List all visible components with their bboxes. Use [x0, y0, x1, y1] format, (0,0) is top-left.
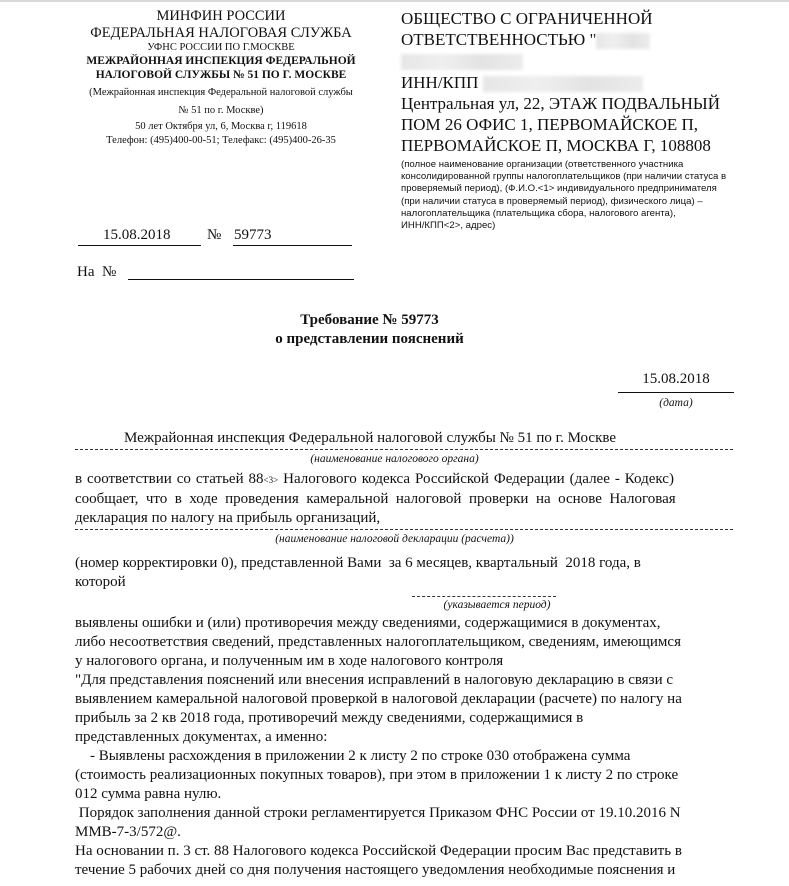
recipient-org-line2: ОТВЕТСТВЕННОСТЬЮ "	[401, 29, 731, 50]
redacted-org-name-cont	[401, 54, 523, 70]
paragraph-article-88: в соответствии со статьей 88<3> Налогово…	[75, 470, 733, 528]
recipient-note-line: (при наличии статуса в проверяемый перио…	[401, 196, 731, 208]
findings-line: либо несоответствия сведений, представле…	[75, 633, 733, 652]
document-date-caption: (дата)	[618, 397, 734, 409]
reply-to-label: На №	[77, 264, 116, 281]
declaration-dashed-line	[75, 529, 733, 530]
sender-inspection-line2: НАЛОГОВОЙ СЛУЖБЫ № 51 ПО Г. МОСКВЕ	[62, 68, 380, 83]
findings-line: выявлением камеральной налоговой проверк…	[75, 690, 733, 709]
sender-address: 50 лет Октября ул, 6, Москва г, 119618	[62, 120, 380, 134]
recipient-inn-line: ИНН/КПП	[401, 72, 731, 93]
declaration-caption: (наименование налоговой декларации (расч…	[0, 533, 789, 545]
document-date: 15.08.2018	[618, 371, 734, 388]
sender-header: МИНФИН РОССИИ ФЕДЕРАЛЬНАЯ НАЛОГОВАЯ СЛУЖ…	[62, 8, 380, 148]
authority-name: Межрайонная инспекция Федеральной налого…	[124, 430, 616, 447]
recipient-org-line3	[401, 50, 731, 72]
findings-line: (стоимость реализационных покупных товар…	[75, 766, 733, 785]
sender-inspection-line1: МЕЖРАЙОННАЯ ИНСПЕКЦИЯ ФЕДЕРАЛЬНОЙ	[62, 54, 380, 68]
findings-line: течение 5 рабочих дней со дня получения …	[75, 861, 733, 880]
findings-line: На основании п. 3 ст. 88 Налогового коде…	[75, 842, 733, 861]
outgoing-date-underline	[78, 245, 201, 246]
paragraph-correction: (номер корректировки 0), представленной …	[75, 554, 733, 592]
outgoing-number-sign: №	[207, 227, 221, 244]
findings-line: представленных документах, а именно:	[75, 728, 733, 747]
recipient-note: (полное наименование организации (ответс…	[401, 159, 731, 232]
recipient-header: ОБЩЕСТВО С ОГРАНИЧЕННОЙ ОТВЕТСТВЕННОСТЬЮ…	[401, 8, 731, 232]
authority-caption: (наименование налогового органа)	[0, 453, 789, 465]
reply-number-underline	[128, 279, 354, 280]
sender-department: УФНС РОССИИ ПО Г.МОСКВЕ	[62, 41, 380, 54]
recipient-address-line1: Центральная ул, 22, ЭТАЖ ПОДВАЛЬНЫЙ	[401, 93, 731, 114]
paragraph2-line2: которой	[75, 573, 733, 592]
recipient-note-line: консолидированной группы налогоплательщи…	[401, 171, 731, 183]
period-dashed-line	[412, 596, 556, 597]
recipient-org-line1: ОБЩЕСТВО С ОГРАНИЧЕННОЙ	[401, 8, 731, 29]
redacted-inn	[483, 76, 643, 92]
outgoing-date: 15.08.2018	[103, 227, 171, 244]
document-date-underline	[618, 392, 734, 393]
paragraph1-line3: декларация по налогу на прибыль организа…	[75, 509, 733, 528]
paragraph1-line1: в соответствии со статьей 88<3> Налогово…	[75, 470, 733, 490]
outgoing-number: 59773	[234, 227, 272, 244]
paragraph1-line2: сообщает, что в ходе проведения камераль…	[75, 490, 733, 509]
findings-line: - Выявлены расхождения в приложении 2 к …	[75, 747, 733, 766]
findings-line: ММВ-7-3/572@.	[75, 823, 733, 842]
outgoing-number-underline	[233, 245, 352, 246]
sender-phones: Телефон: (495)400-00-51; Телефакс: (495)…	[62, 134, 380, 148]
redacted-org-name	[596, 33, 650, 49]
recipient-note-line: (полное наименование организации (ответс…	[401, 159, 731, 171]
findings-line: у налогового органа, и полученным им в х…	[75, 652, 733, 671]
sender-ministry: МИНФИН РОССИИ	[62, 8, 380, 25]
sender-service: ФЕДЕРАЛЬНАЯ НАЛОГОВАЯ СЛУЖБА	[62, 25, 380, 41]
sender-short-name-line2: № 51 по г. Москве)	[62, 102, 380, 120]
findings-line: прибыль за 2 кв 2018 года, противоречий …	[75, 709, 733, 728]
paragraph2-line1: (номер корректировки 0), представленной …	[75, 554, 733, 573]
paragraph-findings: выявлены ошибки и (или) противоречия меж…	[75, 614, 733, 880]
recipient-note-line: проверяемый период), (Ф.И.О.<1> индивиду…	[401, 183, 731, 195]
document-title: Требование № 59773	[0, 312, 764, 329]
recipient-address-line3: ПЕРВОМАЙСКОЕ П, МОСКВА Г, 108808	[401, 135, 731, 156]
recipient-note-line: налогоплательщика (плательщика сбора, на…	[401, 208, 731, 220]
authority-dashed-line	[75, 449, 733, 450]
findings-line: "Для представления пояснений или внесени…	[75, 671, 733, 690]
paragraph1-text: Налогового кодекса Российской Федерации …	[278, 471, 674, 487]
findings-line: выявлены ошибки и (или) противоречия меж…	[75, 614, 733, 633]
page-top-border	[0, 0, 789, 2]
paragraph1-text: в соответствии со статьей 88	[75, 471, 264, 487]
document-subtitle: о представлении пояснений	[0, 331, 764, 348]
recipient-org-name-prefix: ОТВЕТСТВЕННОСТЬЮ "	[401, 30, 596, 49]
sender-short-name-line1: (Межрайонная инспекция Федеральной налог…	[62, 84, 380, 102]
period-caption: (указывается период)	[412, 599, 582, 611]
findings-line: Порядок заполнения данной строки регламе…	[75, 804, 733, 823]
recipient-address-line2: ПОМ 26 ОФИС 1, ПЕРВОМАЙСКОЕ П,	[401, 114, 731, 135]
footnote-ref-3: <3>	[264, 475, 279, 485]
recipient-inn-label: ИНН/КПП	[401, 73, 478, 92]
recipient-note-line: ИНН/КПП<2>, адрес)	[401, 220, 731, 232]
findings-line: 012 сумма равна нулю.	[75, 785, 733, 804]
